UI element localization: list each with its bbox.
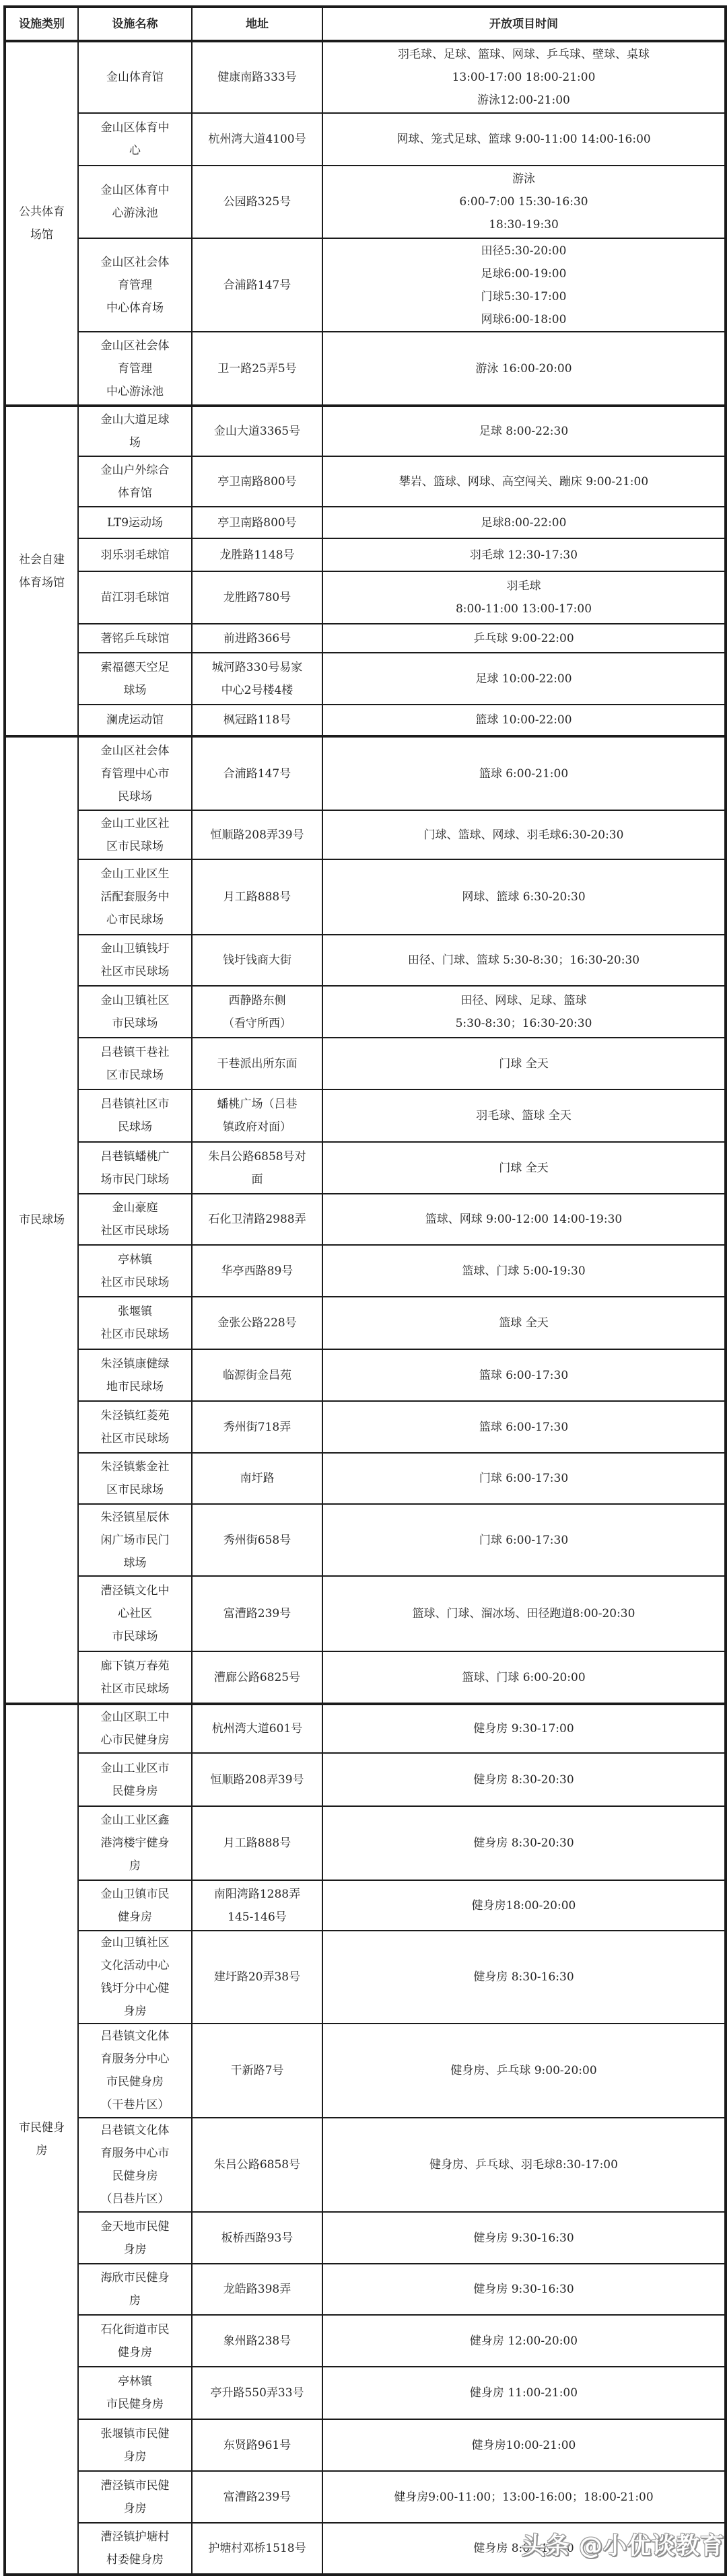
table-row: 金山区体育中心 杭州湾大道4100号 网球、笼式足球、篮球 9:00-11:00…: [5, 113, 726, 166]
facility-schedule: 门球 全天: [322, 1038, 726, 1089]
facility-address: 临源街金昌苑: [192, 1349, 322, 1401]
facility-name: 金山区社会体育管理中心游泳池: [78, 332, 192, 406]
facility-schedule: 健身房18:00-20:00: [322, 1880, 726, 1931]
table-row: 澜虎运动馆 枫冠路118号 篮球 10:00-22:00: [5, 705, 726, 736]
table-row: 金山工业区市民健身房 恒顺路208弄39号 健身房 8:30-20:30: [5, 1753, 726, 1806]
table-row: 张堰镇社区市民球场 金张公路228号 篮球 全天: [5, 1297, 726, 1349]
facility-address: 护塘村邓桥1518号: [192, 2523, 322, 2575]
facility-name: 金山区社会体育管理中心市民球场: [78, 736, 192, 810]
table-row: 吕巷镇文化体育服务中心市民健身房（吕巷片区） 朱吕公路6858号 健身房、乒乓球…: [5, 2118, 726, 2212]
category-label: 社会自建体育场馆: [5, 406, 78, 736]
facility-address: 龙胜路1148号: [192, 538, 322, 571]
facility-address: 干巷派出所东面: [192, 1038, 322, 1089]
facility-name: 金天地市民健身房: [78, 2212, 192, 2264]
facility-name: 索福德天空足球场: [78, 653, 192, 705]
facility-address: 城河路330号易家中心2号楼4楼: [192, 653, 322, 705]
facility-schedule: 篮球 全天: [322, 1297, 726, 1349]
facility-name: 漕泾镇护塘村村委健身房: [78, 2523, 192, 2575]
facility-name: 漕泾镇文化中心社区市民球场: [78, 1576, 192, 1651]
facility-address: 亭升路550弄33号: [192, 2367, 322, 2419]
facility-name: 金山区社会体育管理中心体育场: [78, 238, 192, 332]
table-row: 市民球场金山区社会体育管理中心市民球场 合浦路147号 篮球 6:00-21:0…: [5, 736, 726, 810]
facility-address: 朱吕公路6858号对面: [192, 1142, 322, 1194]
facility-address: 干新路7号: [192, 2024, 322, 2118]
facility-schedule: 篮球 10:00-22:00: [322, 705, 726, 736]
facility-schedule: 健身房 11:00-21:00: [322, 2367, 726, 2419]
facility-address: 南圩路: [192, 1453, 322, 1504]
facility-schedule: 羽毛球 12:30-17:30: [322, 538, 726, 571]
table-row: 著铭乒乓球馆 前进路366号 乒乓球 9:00-22:00: [5, 624, 726, 653]
col-header-name: 设施名称: [78, 7, 192, 41]
facility-address: 秀州街718弄: [192, 1401, 322, 1453]
facility-address: 富漕路239号: [192, 2471, 322, 2523]
facility-address: 秀州街658号: [192, 1504, 322, 1576]
table-row: 张堰镇市民健身房 东贤路961号 健身房10:00-21:00: [5, 2419, 726, 2471]
facility-name: 金山区体育中心游泳池: [78, 166, 192, 238]
facility-schedule: 羽毛球、篮球 全天: [322, 1089, 726, 1142]
facility-address: 南阳湾路1288弄145-146号: [192, 1880, 322, 1931]
facility-address: 龙胜路780号: [192, 571, 322, 624]
facility-name: 海欣市民健身房: [78, 2264, 192, 2315]
facility-address: 恒顺路208弄39号: [192, 1753, 322, 1806]
table-row: 金山区社会体育管理中心游泳池 卫一路25弄5号 游泳 16:00-20:00: [5, 332, 726, 406]
facility-address: 金张公路228号: [192, 1297, 322, 1349]
facility-schedule: 乒乓球 9:00-22:00: [322, 624, 726, 653]
facility-name: 朱泾镇红菱苑社区市民球场: [78, 1401, 192, 1453]
table-row: 苗江羽毛球馆 龙胜路780号 羽毛球8:00-11:00 13:00-17:00: [5, 571, 726, 624]
facility-name: 亭林镇市民健身房: [78, 2367, 192, 2419]
facility-address: 金山大道3365号: [192, 406, 322, 456]
facility-address: 月工路888号: [192, 859, 322, 935]
facility-name: 漕泾镇市民健身房: [78, 2471, 192, 2523]
facility-name: 金山工业区市民健身房: [78, 1753, 192, 1806]
table-row: 漕泾镇文化中心社区市民球场 富漕路239号 篮球、门球、溜冰场、田径跑道8:00…: [5, 1576, 726, 1651]
table-row: 金山卫镇社区市民球场 西静路东侧（看守所西） 田径、网球、足球、篮球5:30-8…: [5, 986, 726, 1038]
facility-address: 合浦路147号: [192, 736, 322, 810]
facility-name: 吕巷镇蟠桃广场市民门球场: [78, 1142, 192, 1194]
table-row: 市民健身房金山区职工中心市民健身房 杭州湾大道601号 健身房 9:30-17:…: [5, 1704, 726, 1753]
facility-schedule: 游泳 16:00-20:00: [322, 332, 726, 406]
facility-address: 石化卫清路2988弄: [192, 1194, 322, 1245]
facility-address: 蟠桃广场（吕巷镇政府对面）: [192, 1089, 322, 1142]
table-row: 公共体育场馆金山体育馆 健康南路333号 羽毛球、足球、篮球、网球、乒乓球、壁球…: [5, 41, 726, 113]
facility-schedule: 足球 8:00-22:30: [322, 406, 726, 456]
facility-schedule: 篮球、门球 6:00-20:00: [322, 1651, 726, 1704]
facility-schedule: 足球8:00-22:00: [322, 507, 726, 538]
table-row: 朱泾镇紫金社区市民球场 南圩路 门球 6:00-17:30: [5, 1453, 726, 1504]
facility-address: 板桥西路93号: [192, 2212, 322, 2264]
table-row: 吕巷镇文化体育服务分中心市民健身房（干巷片区） 干新路7号 健身房、乒乓球 9:…: [5, 2024, 726, 2118]
facility-schedule: 门球 全天: [322, 1142, 726, 1194]
table-row: 吕巷镇蟠桃广场市民门球场 朱吕公路6858号对面 门球 全天: [5, 1142, 726, 1194]
facility-name: 澜虎运动馆: [78, 705, 192, 736]
facility-schedule: 健身房、乒乓球 9:00-20:00: [322, 2024, 726, 2118]
facility-address: 钱圩钱商大街: [192, 935, 322, 986]
table-row: 金山区社会体育管理中心体育场 合浦路147号 田径5:30-20:00足球6:0…: [5, 238, 726, 332]
table-row: 吕巷镇社区市民球场 蟠桃广场（吕巷镇政府对面） 羽毛球、篮球 全天: [5, 1089, 726, 1142]
facility-address: 富漕路239号: [192, 1576, 322, 1651]
facility-address: 建圩路20弄38号: [192, 1931, 322, 2024]
facility-address: 东贤路961号: [192, 2419, 322, 2471]
facility-name: 金山工业区社区市民球场: [78, 810, 192, 859]
facility-name: 金山工业区生活配套服务中心市民球场: [78, 859, 192, 935]
facility-schedule: 篮球 6:00-17:30: [322, 1401, 726, 1453]
table-row: 石化街道市民健身房 象州路238号 健身房 12:00-20:00: [5, 2315, 726, 2367]
table-row: 吕巷镇干巷社区市民球场 干巷派出所东面 门球 全天: [5, 1038, 726, 1089]
facility-name: 金山卫镇钱圩社区市民球场: [78, 935, 192, 986]
facility-schedule: 健身房10:00-21:00: [322, 2419, 726, 2471]
table-row: 廊下镇万春苑社区市民球场 漕廊公路6825号 篮球、门球 6:00-20:00: [5, 1651, 726, 1704]
facility-schedule: 足球 10:00-22:00: [322, 653, 726, 705]
facility-name: 金山区职工中心市民健身房: [78, 1704, 192, 1753]
facility-schedule: 游泳6:00-7:00 15:30-16:3018:30-19:30: [322, 166, 726, 238]
table-row: 索福德天空足球场 城河路330号易家中心2号楼4楼 足球 10:00-22:00: [5, 653, 726, 705]
facility-address: 恒顺路208弄39号: [192, 810, 322, 859]
facility-name: 金山卫镇社区文化活动中心钱圩分中心健身房: [78, 1931, 192, 2024]
table-row: 金山工业区鑫港湾楼宇健身房 月工路888号 健身房 8:30-20:30: [5, 1806, 726, 1880]
facility-name: 著铭乒乓球馆: [78, 624, 192, 653]
facility-name: 金山豪庭社区市民球场: [78, 1194, 192, 1245]
facility-schedule: 健身房 9:30-16:30: [322, 2212, 726, 2264]
facility-address: 象州路238号: [192, 2315, 322, 2367]
facility-name: 金山大道足球场: [78, 406, 192, 456]
table-row: 羽乐羽毛球馆 龙胜路1148号 羽毛球 12:30-17:30: [5, 538, 726, 571]
facility-schedule: 攀岩、篮球、网球、高空闯关、蹦床 9:00-21:00: [322, 456, 726, 507]
facility-schedule: 健身房9:00-11:00；13:00-16:00；18:00-21:00: [322, 2471, 726, 2523]
facility-address: 卫一路25弄5号: [192, 332, 322, 406]
facility-name: 金山体育馆: [78, 41, 192, 113]
facility-schedule: 健身房 9:30-16:30: [322, 2264, 726, 2315]
facility-schedule: 健身房 9:30-17:00: [322, 1704, 726, 1753]
facility-name: 吕巷镇文化体育服务分中心市民健身房（干巷片区）: [78, 2024, 192, 2118]
facility-name: 张堰镇社区市民球场: [78, 1297, 192, 1349]
facility-schedule: 健身房 8:30-16:30: [322, 1931, 726, 2024]
table-row: 金山卫镇钱圩社区市民球场 钱圩钱商大街 田径、门球、篮球 5:30-8:30；1…: [5, 935, 726, 986]
table-row: 金山户外综合体育馆 亭卫南路800号 攀岩、篮球、网球、高空闯关、蹦床 9:00…: [5, 456, 726, 507]
facility-name: 吕巷镇社区市民球场: [78, 1089, 192, 1142]
table-row: 亭林镇市民健身房 亭升路550弄33号 健身房 11:00-21:00: [5, 2367, 726, 2419]
facility-address: 亭卫南路800号: [192, 507, 322, 538]
facility-schedule: 篮球 6:00-17:30: [322, 1349, 726, 1401]
facility-name: 吕巷镇文化体育服务中心市民健身房（吕巷片区）: [78, 2118, 192, 2212]
facility-name: 张堰镇市民健身房: [78, 2419, 192, 2471]
category-label: 公共体育场馆: [5, 41, 78, 406]
col-header-schedule: 开放项目时间: [322, 7, 726, 41]
table-row: 社会自建体育场馆金山大道足球场 金山大道3365号 足球 8:00-22:30: [5, 406, 726, 456]
facility-name: 金山卫镇社区市民球场: [78, 986, 192, 1038]
facility-name: LT9运动场: [78, 507, 192, 538]
table-row: 金山工业区社区市民球场 恒顺路208弄39号 门球、篮球、网球、羽毛球6:30-…: [5, 810, 726, 859]
facility-name: 朱泾镇康健绿地市民球场: [78, 1349, 192, 1401]
facilities-table-body: 公共体育场馆金山体育馆 健康南路333号 羽毛球、足球、篮球、网球、乒乓球、壁球…: [5, 41, 726, 2575]
facility-address: 枫冠路118号: [192, 705, 322, 736]
facility-schedule: 羽毛球、足球、篮球、网球、乒乓球、壁球、桌球13:00-17:00 18:00-…: [322, 41, 726, 113]
facility-address: 龙皓路398弄: [192, 2264, 322, 2315]
facility-schedule: 健身房、乒乓球、羽毛球8:30-17:00: [322, 2118, 726, 2212]
table-row: 海欣市民健身房 龙皓路398弄 健身房 9:30-16:30: [5, 2264, 726, 2315]
facility-schedule: 健身房 8:30-20:30: [322, 1753, 726, 1806]
facility-name: 朱泾镇星辰休闲广场市民门球场: [78, 1504, 192, 1576]
facility-schedule: 篮球、门球 5:00-19:30: [322, 1245, 726, 1297]
facility-schedule: 网球、笼式足球、篮球 9:00-11:00 14:00-16:00: [322, 113, 726, 166]
table-row: 金山区体育中心游泳池 公园路325号 游泳6:00-7:00 15:30-16:…: [5, 166, 726, 238]
facility-schedule: 田径、门球、篮球 5:30-8:30；16:30-20:30: [322, 935, 726, 986]
table-row: 金山工业区生活配套服务中心市民球场 月工路888号 网球、篮球 6:30-20:…: [5, 859, 726, 935]
facility-address: 杭州湾大道4100号: [192, 113, 322, 166]
col-header-category: 设施类别: [5, 7, 78, 41]
table-row: 金山豪庭社区市民球场 石化卫清路2988弄 篮球、网球 9:00-12:00 1…: [5, 1194, 726, 1245]
facility-name: 金山户外综合体育馆: [78, 456, 192, 507]
table-row: 金山卫镇市民健身房 南阳湾路1288弄145-146号 健身房18:00-20:…: [5, 1880, 726, 1931]
table-row: 金天地市民健身房 板桥西路93号 健身房 9:30-16:30: [5, 2212, 726, 2264]
facility-address: 朱吕公路6858号: [192, 2118, 322, 2212]
facility-address: 西静路东侧（看守所西）: [192, 986, 322, 1038]
facilities-table: 设施类别 设施名称 地址 开放项目时间 公共体育场馆金山体育馆 健康南路333号…: [3, 5, 727, 2576]
facility-schedule: 健身房 12:00-20:00: [322, 2315, 726, 2367]
facility-name: 苗江羽毛球馆: [78, 571, 192, 624]
facility-name: 吕巷镇干巷社区市民球场: [78, 1038, 192, 1089]
facility-name: 羽乐羽毛球馆: [78, 538, 192, 571]
header-row: 设施类别 设施名称 地址 开放项目时间: [5, 7, 726, 41]
table-row: 亭林镇社区市民球场 华亭西路89号 篮球、门球 5:00-19:30: [5, 1245, 726, 1297]
facility-schedule: 篮球 6:00-21:00: [322, 736, 726, 810]
facility-schedule: 篮球、网球 9:00-12:00 14:00-19:30: [322, 1194, 726, 1245]
facility-address: 前进路366号: [192, 624, 322, 653]
facility-schedule: 羽毛球8:00-11:00 13:00-17:00: [322, 571, 726, 624]
facility-schedule: 田径5:30-20:00足球6:00-19:00门球5:30-17:00网球6:…: [322, 238, 726, 332]
facility-address: 华亭西路89号: [192, 1245, 322, 1297]
watermark: 头条 @小优谈教育: [522, 2528, 724, 2561]
facility-schedule: 健身房 8:30-20:30: [322, 1806, 726, 1880]
col-header-address: 地址: [192, 7, 322, 41]
facility-address: 公园路325号: [192, 166, 322, 238]
facility-schedule: 田径、网球、足球、篮球5:30-8:30；16:30-20:30: [322, 986, 726, 1038]
table-row: 朱泾镇星辰休闲广场市民门球场 秀州街658号 门球 6:00-17:30: [5, 1504, 726, 1576]
table-row: LT9运动场 亭卫南路800号 足球8:00-22:00: [5, 507, 726, 538]
facility-address: 漕廊公路6825号: [192, 1651, 322, 1704]
facility-name: 亭林镇社区市民球场: [78, 1245, 192, 1297]
facility-schedule: 门球 6:00-17:30: [322, 1504, 726, 1576]
category-label: 市民健身房: [5, 1704, 78, 2575]
facility-address: 亭卫南路800号: [192, 456, 322, 507]
facility-schedule: 篮球、门球、溜冰场、田径跑道8:00-20:30: [322, 1576, 726, 1651]
table-row: 朱泾镇康健绿地市民球场 临源街金昌苑 篮球 6:00-17:30: [5, 1349, 726, 1401]
table-row: 金山卫镇社区文化活动中心钱圩分中心健身房 建圩路20弄38号 健身房 8:30-…: [5, 1931, 726, 2024]
facility-name: 金山区体育中心: [78, 113, 192, 166]
facility-address: 月工路888号: [192, 1806, 322, 1880]
facility-name: 朱泾镇紫金社区市民球场: [78, 1453, 192, 1504]
facility-name: 金山工业区鑫港湾楼宇健身房: [78, 1806, 192, 1880]
facility-schedule: 网球、篮球 6:30-20:30: [322, 859, 726, 935]
category-label: 市民球场: [5, 736, 78, 1704]
table-row: 朱泾镇红菱苑社区市民球场 秀州街718弄 篮球 6:00-17:30: [5, 1401, 726, 1453]
table-row: 漕泾镇市民健身房 富漕路239号 健身房9:00-11:00；13:00-16:…: [5, 2471, 726, 2523]
facility-address: 杭州湾大道601号: [192, 1704, 322, 1753]
facility-name: 金山卫镇市民健身房: [78, 1880, 192, 1931]
facility-address: 合浦路147号: [192, 238, 322, 332]
facility-name: 廊下镇万春苑社区市民球场: [78, 1651, 192, 1704]
facility-schedule: 门球 6:00-17:30: [322, 1453, 726, 1504]
facility-schedule: 门球、篮球、网球、羽毛球6:30-20:30: [322, 810, 726, 859]
facility-address: 健康南路333号: [192, 41, 322, 113]
facility-name: 石化街道市民健身房: [78, 2315, 192, 2367]
